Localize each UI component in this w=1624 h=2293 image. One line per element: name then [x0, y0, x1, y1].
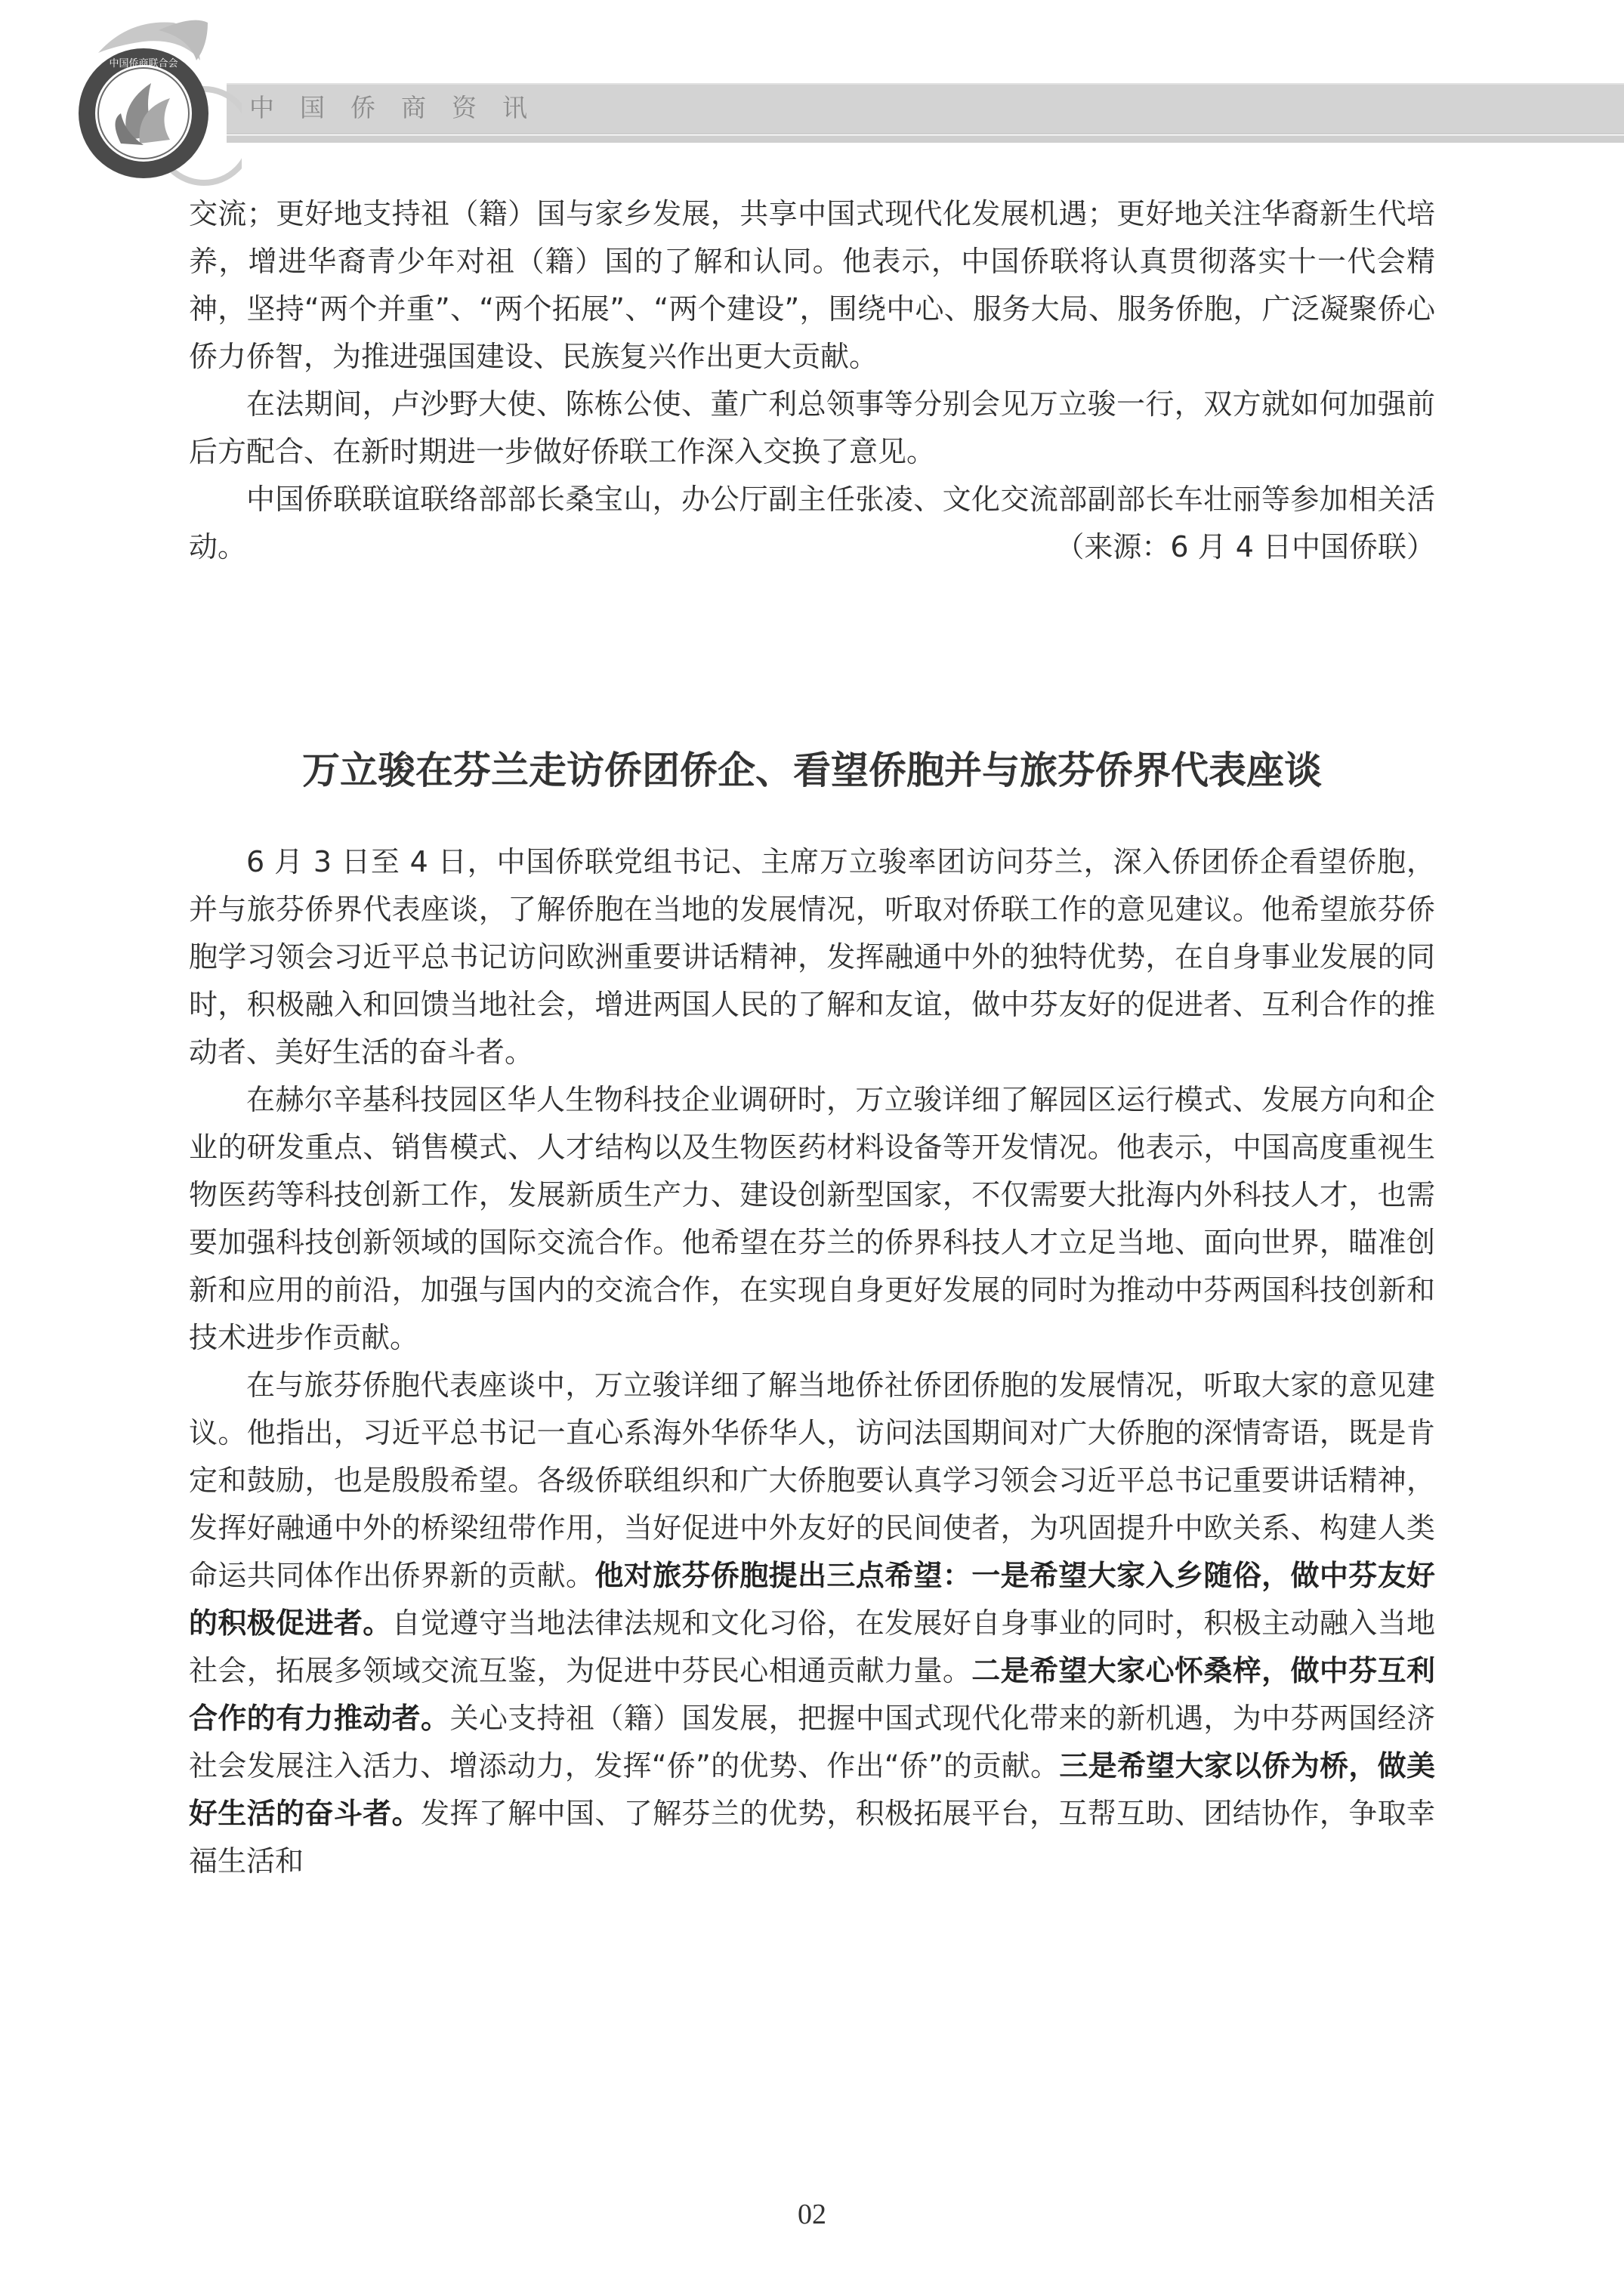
- paragraph: 6 月 3 日至 4 日，中国侨联党组书记、主席万立骏率团访问芬兰，深入侨团侨企…: [189, 838, 1435, 1076]
- paragraph: 交流；更好地支持祖（籍）国与家乡发展，共享中国式现代化发展机遇；更好地关注华裔新…: [189, 190, 1435, 381]
- previous-article: 交流；更好地支持祖（籍）国与家乡发展，共享中国式现代化发展机遇；更好地关注华裔新…: [189, 190, 1435, 571]
- paragraph: 在与旅芬侨胞代表座谈中，万立骏详细了解当地侨社侨团侨胞的发展情况，听取大家的意见…: [189, 1362, 1435, 1885]
- header-stripe: [227, 135, 1624, 143]
- emblem-ring-text: 中国侨商联合会: [109, 57, 178, 69]
- publication-title: 中国侨商资讯: [249, 89, 553, 127]
- page-number: 02: [0, 2198, 1624, 2231]
- source-attribution: （来源：6 月 4 日中国侨联）: [189, 523, 1435, 571]
- federation-emblem-icon: 中国侨商联合会: [45, 8, 242, 189]
- paragraph: 在法期间，卢沙野大使、陈栋公使、董广利总领事等分别会见万立骏一行，双方就如何加强…: [189, 381, 1435, 476]
- paragraph: 在赫尔辛基科技园区华人生物科技企业调研时，万立骏详细了解园区运行模式、发展方向和…: [189, 1076, 1435, 1362]
- article-title: 万立骏在芬兰走访侨团侨企、看望侨胞并与旅芬侨界代表座谈: [189, 736, 1435, 804]
- article-body: 6 月 3 日至 4 日，中国侨联党组书记、主席万立骏率团访问芬兰，深入侨团侨企…: [189, 838, 1435, 1885]
